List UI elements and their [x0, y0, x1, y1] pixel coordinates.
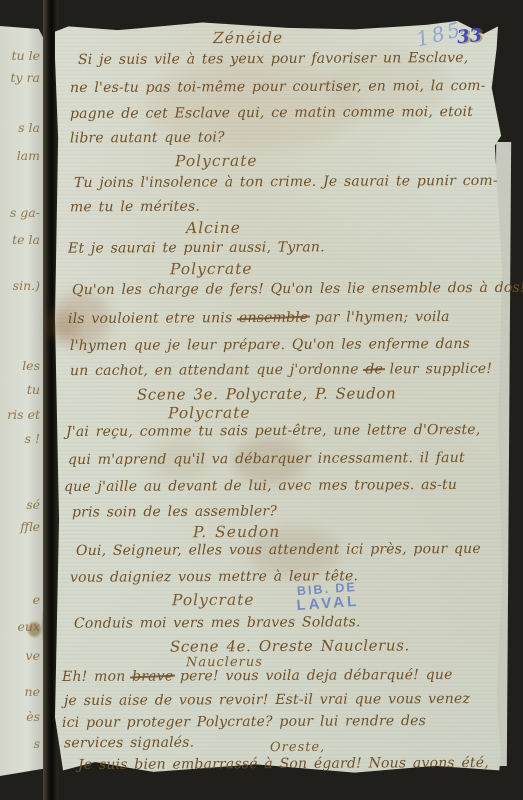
facing-page-text-fragment: te la — [12, 232, 40, 247]
library-stamp: BIB. DE LAVAL — [295, 581, 360, 613]
facing-page-text-fragment: sin.) — [13, 278, 40, 293]
facing-page-text-fragment: ty ra — [11, 70, 41, 85]
facing-page-text-fragment: s — [34, 736, 40, 751]
facing-page-text-fragment: tu — [27, 382, 40, 397]
facing-page-edge: tu lety ras lalams ga-te lasin.)lesturis… — [0, 26, 45, 776]
facing-page-text-fragment: s la — [18, 120, 40, 135]
facing-page-text-fragment: les — [22, 358, 40, 373]
facing-page-text-fragment: eux — [18, 619, 41, 634]
facing-page-text-fragment: ve — [26, 648, 40, 663]
facing-page-text-fragment: s ga- — [10, 205, 40, 220]
facing-page-text-fragment: ffle — [20, 519, 40, 534]
facing-page-text-fragment: sé — [26, 497, 40, 512]
facing-page-text-fragment: ès — [26, 709, 40, 724]
facing-page-text-fragment: tu le — [12, 48, 40, 63]
manuscript-page — [55, 18, 502, 778]
folio-number-ink: 33 — [456, 25, 483, 49]
facing-page-text-fragment: ris et — [7, 407, 40, 422]
facing-page-text-fragment: e — [33, 592, 40, 607]
facing-page-text-fragment: s ! — [25, 431, 40, 446]
photo-backdrop: tu lety ras lalams ga-te lasin.)lesturis… — [0, 0, 523, 800]
facing-page-text-fragment: ne — [25, 684, 40, 699]
library-stamp-line2: LAVAL — [296, 593, 360, 612]
facing-page-text-fragment: lam — [17, 148, 40, 163]
